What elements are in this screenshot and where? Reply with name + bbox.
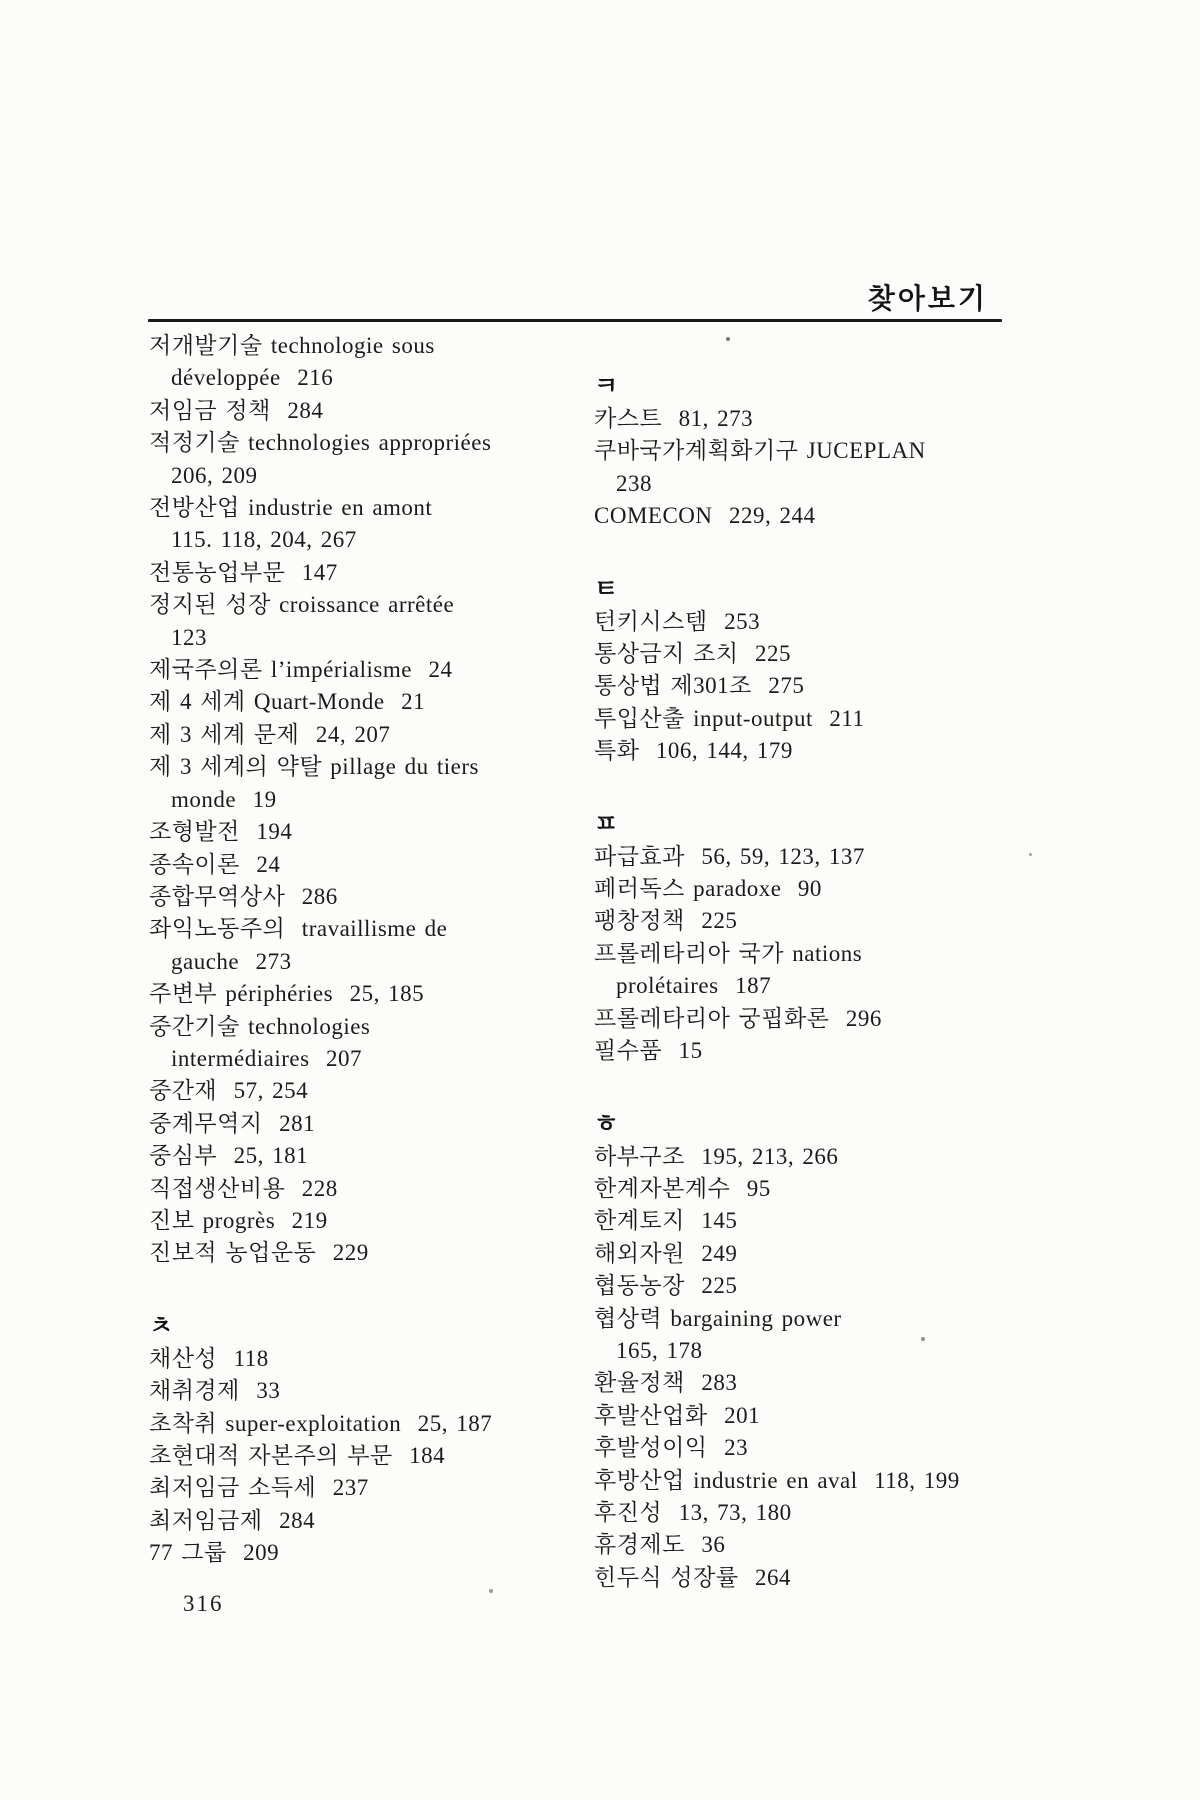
index-entry-line: 중간기술 technologies — [149, 1011, 599, 1043]
index-entry-line: 진보 progrès 219 — [149, 1205, 599, 1237]
index-entry-line: 후진성 13, 73, 180 — [594, 1497, 1154, 1529]
index-entry-line: 한계자본계수 95 — [594, 1173, 1154, 1205]
index-column-left: 저개발기술 technologie sousdéveloppée 216저임금 … — [149, 330, 599, 1570]
index-entry-line: prolétaires 187 — [594, 970, 1154, 1002]
index-entry-line: 쿠바국가계획화기구 JUCEPLAN — [594, 435, 1154, 467]
index-entry-line: 제 4 세계 Quart-Monde 21 — [149, 686, 599, 718]
index-entry-line: COMECON 229, 244 — [594, 500, 1154, 532]
index-entry-line: 77 그룹 209 — [149, 1537, 599, 1569]
index-entry-line: gauche 273 — [149, 946, 599, 978]
index-entry-line: 저개발기술 technologie sous — [149, 330, 599, 362]
index-column-right: ㅋ카스트 81, 273쿠바국가계획화기구 JUCEPLAN238COMECON… — [594, 330, 1154, 1594]
index-entry-line: 파급효과 56, 59, 123, 137 — [594, 841, 1154, 873]
index-entry-line: 턴키시스템 253 — [594, 606, 1154, 638]
scanned-book-page: 찾아보기 저개발기술 technologie sousdéveloppée 21… — [0, 0, 1200, 1800]
index-entry-line: 115. 118, 204, 267 — [149, 524, 599, 556]
scan-speck — [921, 1337, 925, 1341]
index-entry-line: 통상금지 조치 225 — [594, 638, 1154, 670]
index-entry-line: 직접생산비용 228 — [149, 1173, 599, 1205]
index-entry-line: 채취경제 33 — [149, 1375, 599, 1407]
index-entry-line: 중계무역지 281 — [149, 1108, 599, 1140]
index-entry-line: 전통농업부문 147 — [149, 557, 599, 589]
index-entry-line: 카스트 81, 273 — [594, 403, 1154, 435]
index-entry-line: 채산성 118 — [149, 1343, 599, 1375]
index-entry-line: 해외자원 249 — [594, 1238, 1154, 1270]
index-entry-line: 조형발전 194 — [149, 816, 599, 848]
index-entry-line: 206, 209 — [149, 460, 599, 492]
index-entry-line: 진보적 농업운동 229 — [149, 1237, 599, 1269]
page-number: 316 — [183, 1588, 224, 1620]
index-entry-line: 환율정책 283 — [594, 1367, 1154, 1399]
header-rule — [148, 319, 1002, 322]
index-entry-line: 정지된 성장 croissance arrêtée — [149, 589, 599, 621]
index-entry-line: 저임금 정책 284 — [149, 395, 599, 427]
index-entry-line: 프롤레타리아 국가 nations — [594, 938, 1154, 970]
index-entry-line: 123 — [149, 622, 599, 654]
section-header: ㅋ — [594, 370, 1154, 403]
page-title: 찾아보기 — [868, 284, 988, 316]
index-entry-line: 페러독스 paradoxe 90 — [594, 873, 1154, 905]
index-entry-line: 휴경제도 36 — [594, 1529, 1154, 1561]
index-entry-line: 통상법 제301조 275 — [594, 670, 1154, 702]
index-entry-line: 초현대적 자본주의 부문 184 — [149, 1440, 599, 1472]
index-entry-line: 힌두식 성장률 264 — [594, 1562, 1154, 1594]
index-entry-line: 초착취 super-exploitation 25, 187 — [149, 1408, 599, 1440]
index-entry-line: 하부구조 195, 213, 266 — [594, 1141, 1154, 1173]
index-entry-line: monde 19 — [149, 784, 599, 816]
index-entry-line: 필수품 15 — [594, 1035, 1154, 1067]
index-entry-line: 전방산업 industrie en amont — [149, 492, 599, 524]
index-entry-line: 최저임금 소득세 237 — [149, 1472, 599, 1504]
scan-speck — [726, 337, 730, 341]
index-entry-line: 최저임금제 284 — [149, 1505, 599, 1537]
section-header: ㅎ — [594, 1108, 1154, 1141]
index-entry-line: 좌익노동주의 travaillisme de — [149, 913, 599, 945]
index-entry-line: 적정기술 technologies appropriées — [149, 427, 599, 459]
index-entry-line: 한계토지 145 — [594, 1205, 1154, 1237]
section-header: ㅊ — [149, 1310, 599, 1343]
index-entry-line: 중심부 25, 181 — [149, 1140, 599, 1172]
index-entry-line: 후방산업 industrie en aval 118, 199 — [594, 1465, 1154, 1497]
scan-speck — [489, 1589, 493, 1593]
section-header: ㅍ — [594, 808, 1154, 841]
index-entry-line: 후발성이익 23 — [594, 1432, 1154, 1464]
index-entry-line: 238 — [594, 468, 1154, 500]
index-entry-line: développée 216 — [149, 362, 599, 394]
index-entry-line: 협동농장 225 — [594, 1270, 1154, 1302]
index-entry-line: 종합무역상사 286 — [149, 881, 599, 913]
index-entry-line: 프롤레타리아 궁핍화론 296 — [594, 1003, 1154, 1035]
index-entry-line: 특화 106, 144, 179 — [594, 735, 1154, 767]
index-entry-line: 제국주의론 l’impérialisme 24 — [149, 654, 599, 686]
section-header: ㅌ — [594, 573, 1154, 606]
index-entry-line: 종속이론 24 — [149, 849, 599, 881]
index-entry-line: 주변부 périphéries 25, 185 — [149, 978, 599, 1010]
index-entry-line: 협상력 bargaining power — [594, 1303, 1154, 1335]
index-entry-line: 제 3 세계 문제 24, 207 — [149, 719, 599, 751]
index-entry-line: 제 3 세계의 약탈 pillage du tiers — [149, 751, 599, 783]
index-entry-line: intermédiaires 207 — [149, 1043, 599, 1075]
index-entry-line: 팽창정책 225 — [594, 905, 1154, 937]
index-entry-line: 165, 178 — [594, 1335, 1154, 1367]
index-entry-line: 투입산출 input-output 211 — [594, 703, 1154, 735]
index-entry-line: 중간재 57, 254 — [149, 1075, 599, 1107]
scan-speck — [1029, 853, 1032, 856]
index-entry-line: 후발산업화 201 — [594, 1400, 1154, 1432]
